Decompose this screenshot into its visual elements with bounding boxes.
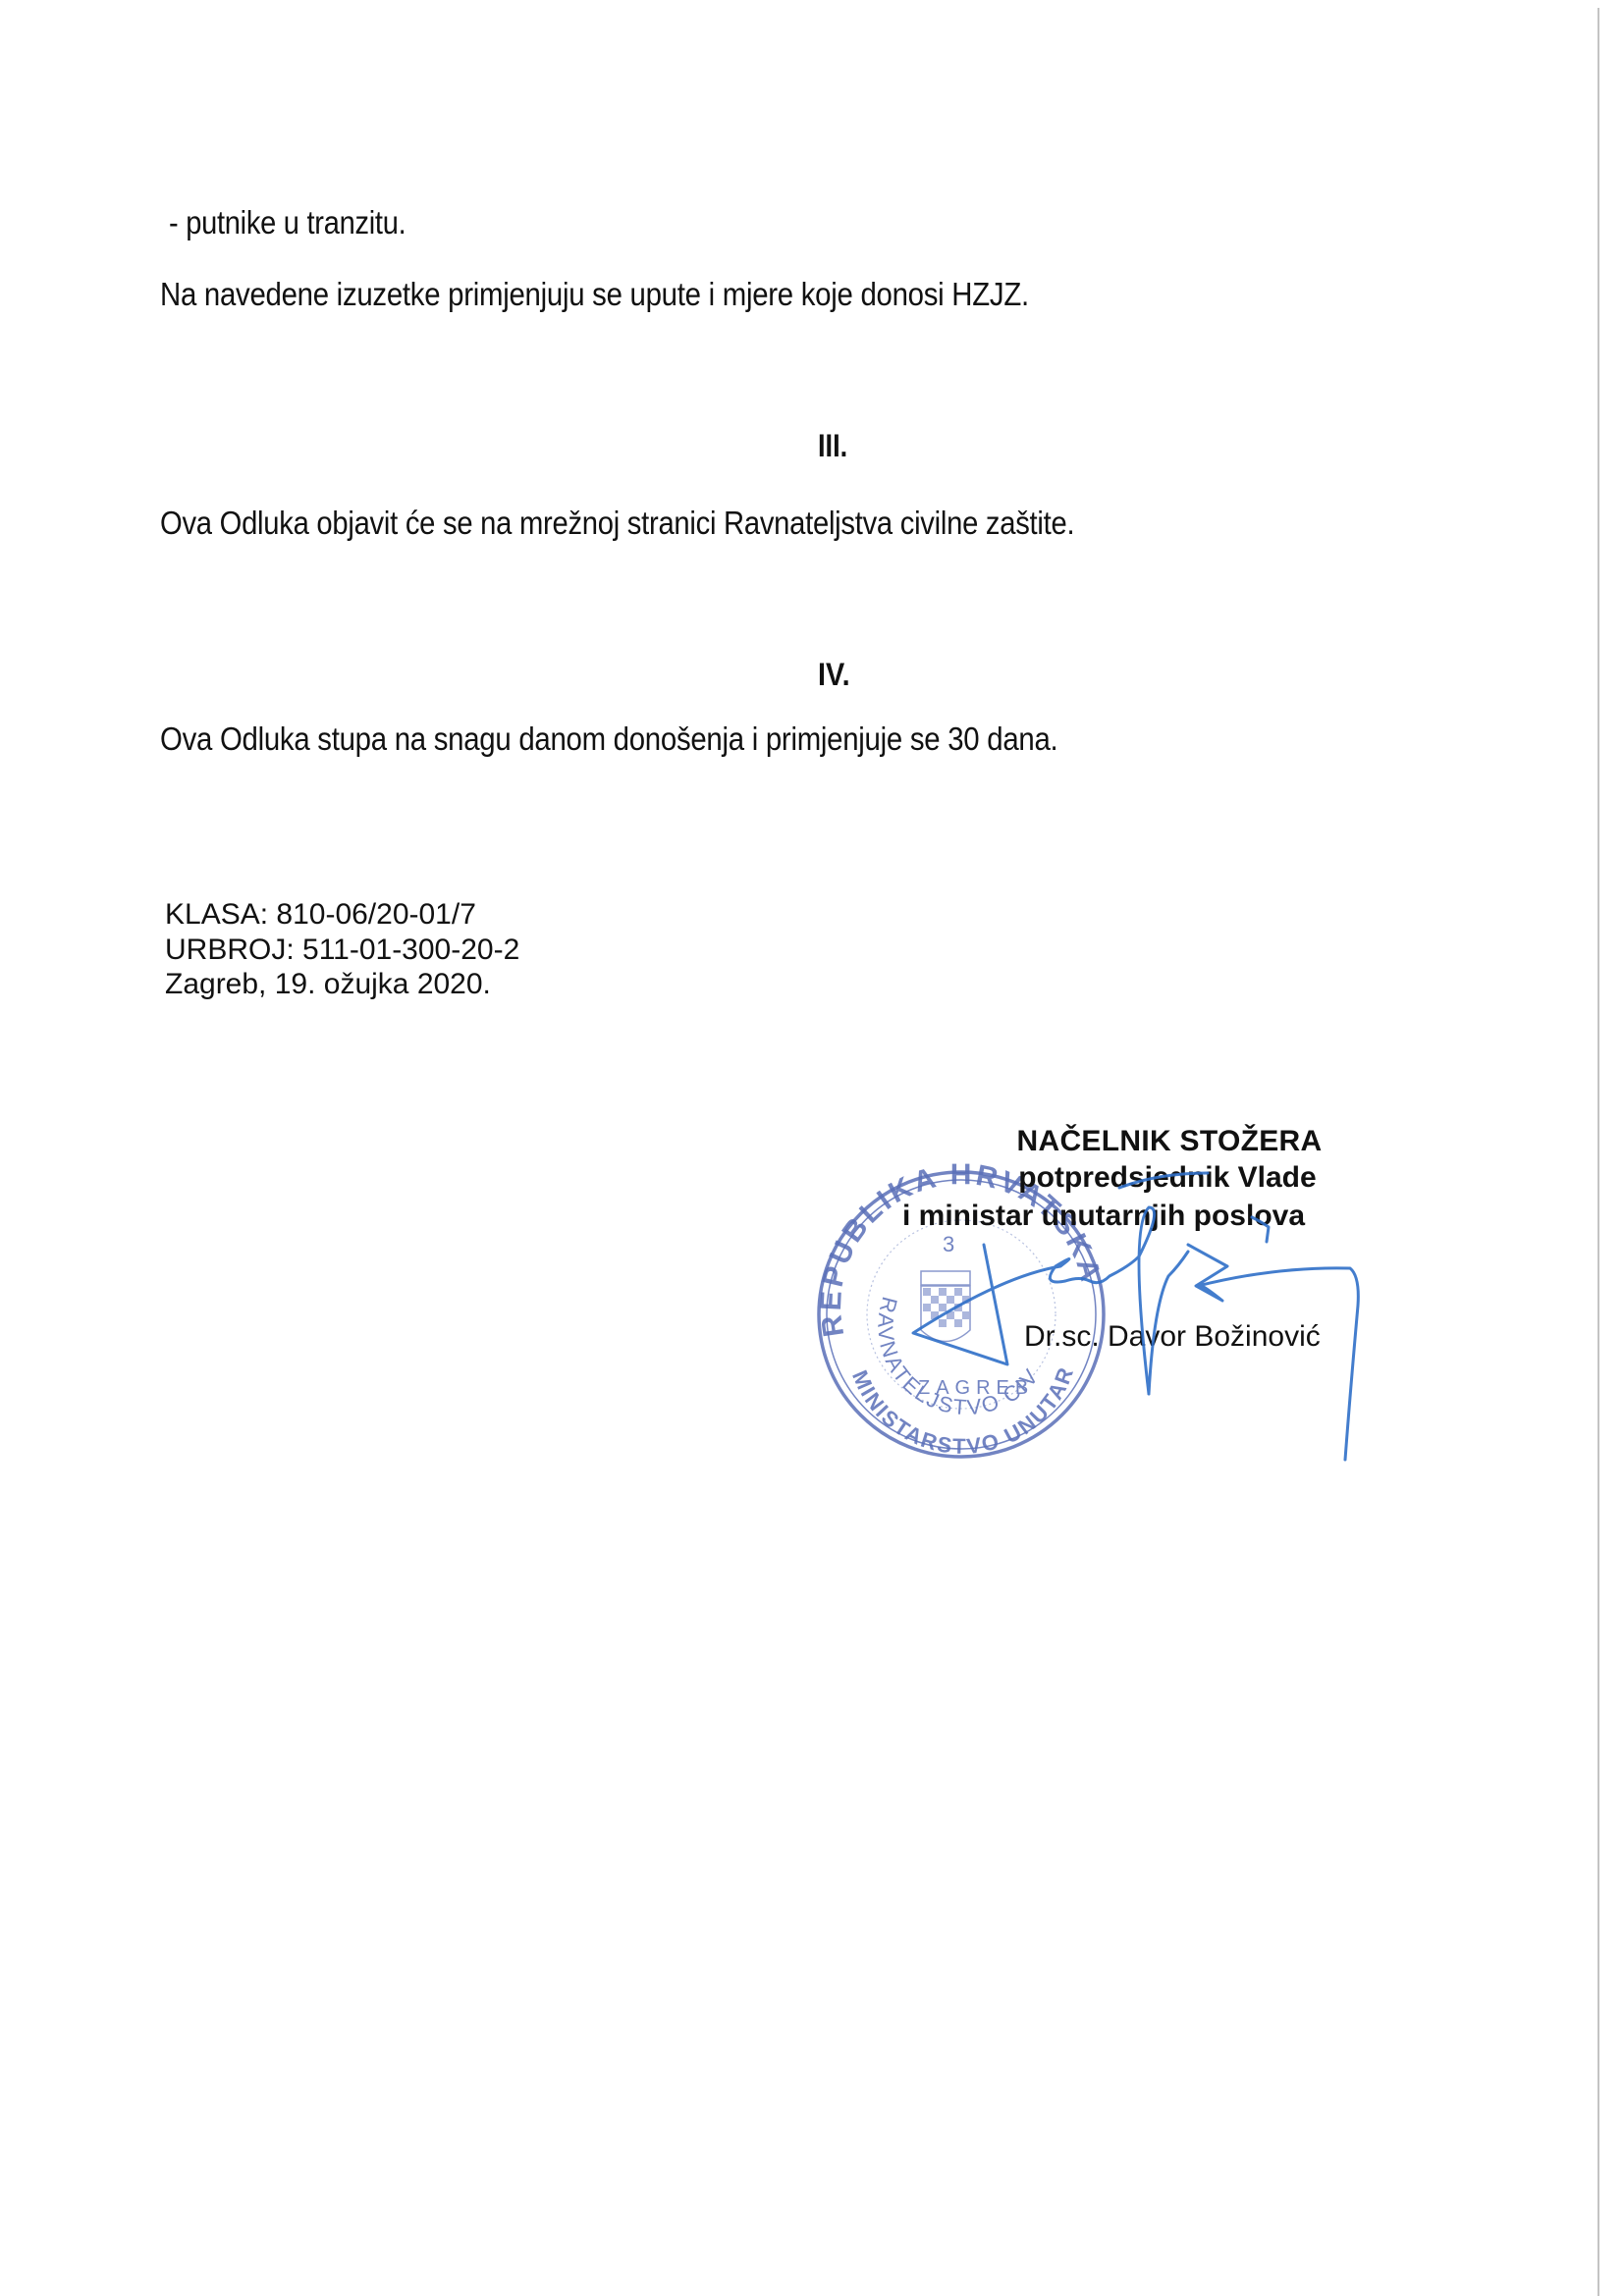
signatory-name: Dr.sc. Davor Božinović [1024, 1322, 1321, 1352]
section-heading-3: III. [818, 430, 847, 461]
official-stamp: REPUBLIKA HRVATSKA MINISTARSTVO UNUTARNJ… [0, 0, 1624, 2296]
handwritten-signature [0, 0, 1624, 2296]
exceptions-note: Na navedene izuzetke primjenjuju se uput… [160, 278, 1029, 310]
section-4-text: Ova Odluka stupa na snagu danom donošenj… [160, 722, 1057, 755]
signatory-title: NAČELNIK STOŽERA [1004, 1127, 1334, 1156]
stamp-city: ZAGREB [918, 1377, 1034, 1399]
document-page: - putnike u tranzitu. Na navedene izuzet… [0, 0, 1624, 2296]
section-heading-4: IV. [818, 659, 850, 690]
coat-of-arms-icon [921, 1271, 970, 1342]
signatory-role-1: potpredsjednik Vlade [1004, 1163, 1330, 1193]
stamp-number: 3 [943, 1232, 954, 1256]
klasa-reference: KLASA: 810-06/20-01/7 [165, 900, 476, 930]
list-item-travelers-in-transit: - putnike u tranzitu. [169, 206, 406, 239]
place-and-date: Zagreb, 19. ožujka 2020. [165, 970, 491, 999]
section-3-text: Ova Odluka objavit će se na mrežnoj stra… [160, 507, 1074, 539]
page-edge-divider [1597, 8, 1599, 2296]
urbroj-reference: URBROJ: 511-01-300-20-2 [165, 935, 519, 965]
signatory-role-2: i ministar unutarnjih poslova [877, 1201, 1330, 1231]
